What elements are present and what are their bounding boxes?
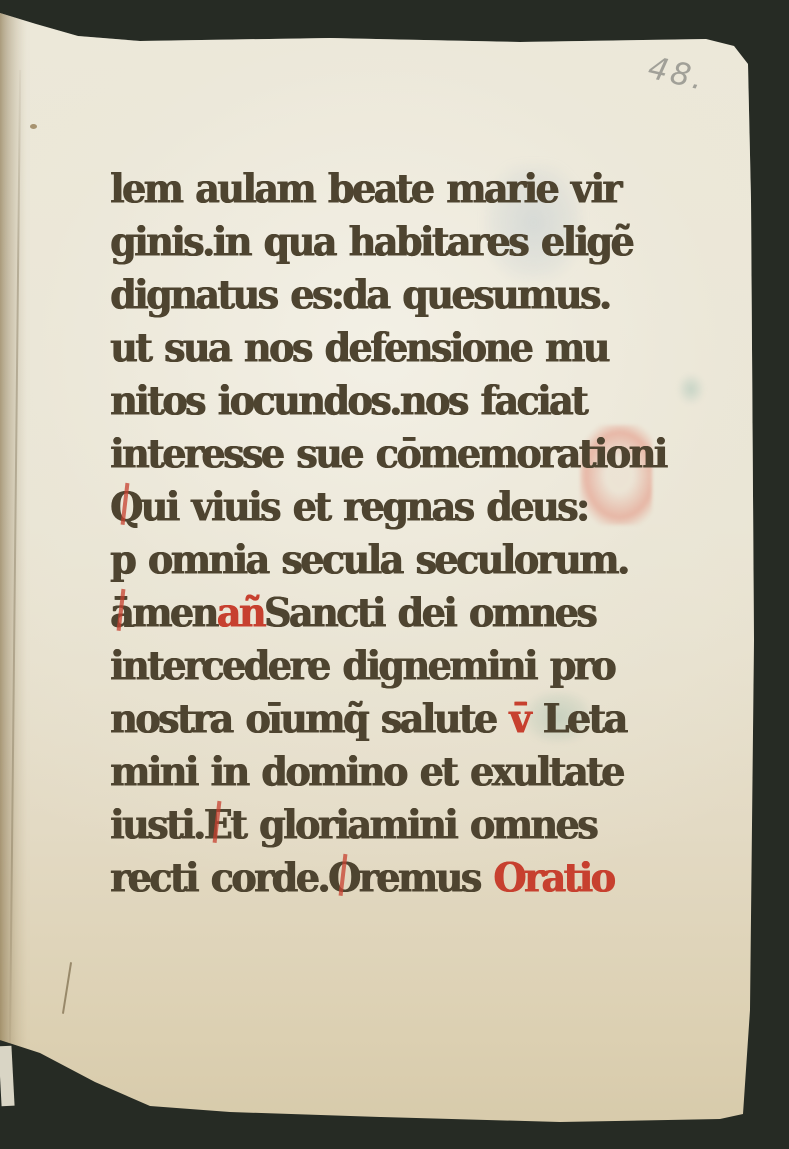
folio-number: 48. xyxy=(645,50,710,98)
manuscript-line: nitos iocundos.nos faciat xyxy=(110,373,690,429)
ink-text-segment: nostra oīumq̃ salute xyxy=(110,695,509,742)
manuscript-page: 48. lem aulam beate marie virginis.in qu… xyxy=(0,0,789,1149)
ink-text-segment: dignatus es:da quesumus. xyxy=(110,271,610,318)
ink-text-segment: intercedere dignemini pro xyxy=(110,642,614,689)
manuscript-line: nostra oīumq̃ salute v̄ Leta xyxy=(110,691,690,747)
ink-text-segment: men xyxy=(132,589,217,636)
ink-text-segment: t gloriamini omnes xyxy=(230,801,596,848)
rubric-text-segment: v̄ xyxy=(509,695,529,742)
manuscript-line: Qui viuis et regnas deus: xyxy=(110,479,690,535)
manuscript-line: recti corde.Oremus Oratio xyxy=(110,850,690,906)
manuscript-line: interesse sue cōmemorationi xyxy=(110,426,690,482)
manuscript-line: ginis.in qua habitares eligẽ xyxy=(110,214,690,270)
ink-text-segment: nitos iocundos.nos faciat xyxy=(110,377,586,424)
under-leaf-edge xyxy=(0,1046,15,1107)
ink-text-segment: O xyxy=(328,850,359,906)
ink-text-segment: recti corde. xyxy=(110,854,328,901)
manuscript-line: intercedere dignemini pro xyxy=(110,638,690,694)
ink-speck xyxy=(30,124,37,129)
ink-text-segment: mini in domino et exultate xyxy=(110,748,623,795)
photo-background: 48. lem aulam beate marie virginis.in qu… xyxy=(0,0,789,1149)
ink-text-segment: ginis.in qua habitares eligẽ xyxy=(110,218,632,265)
manuscript-line: iusti.Et gloriamini omnes xyxy=(110,797,690,853)
ink-text-segment: Sancti dei omnes xyxy=(264,589,595,636)
ink-text-segment: interesse sue cōmemorationi xyxy=(110,430,666,477)
rubric-text-segment: Oratio xyxy=(493,854,613,901)
manuscript-line: dignatus es:da quesumus. xyxy=(110,267,690,323)
text-block: lem aulam beate marie virginis.in qua ha… xyxy=(110,162,690,904)
ink-text-segment: Q xyxy=(110,479,141,535)
manuscript-line: p omnia secula seculorum. xyxy=(110,532,690,588)
manuscript-line: āmenañSancti dei omnes xyxy=(110,585,690,641)
hair-mark xyxy=(62,962,72,1014)
ink-text-segment: ut sua nos defensione mu xyxy=(110,324,608,371)
manuscript-line: mini in domino et exultate xyxy=(110,744,690,800)
ink-text-segment: iusti. xyxy=(110,801,204,848)
ink-text-segment: ui viuis et regnas deus: xyxy=(141,483,588,530)
manuscript-line: ut sua nos defensione mu xyxy=(110,320,690,376)
ink-text-segment: Leta xyxy=(529,695,626,742)
ink-text-segment: remus xyxy=(359,854,494,901)
rubric-text-segment: añ xyxy=(217,589,264,636)
ink-text-segment: p omnia secula seculorum. xyxy=(110,536,628,583)
ink-text-segment: E xyxy=(204,797,230,853)
ink-text-segment: lem aulam beate marie vir xyxy=(110,165,620,212)
ink-text-segment: ā xyxy=(110,585,132,641)
manuscript-line: lem aulam beate marie vir xyxy=(110,161,690,217)
